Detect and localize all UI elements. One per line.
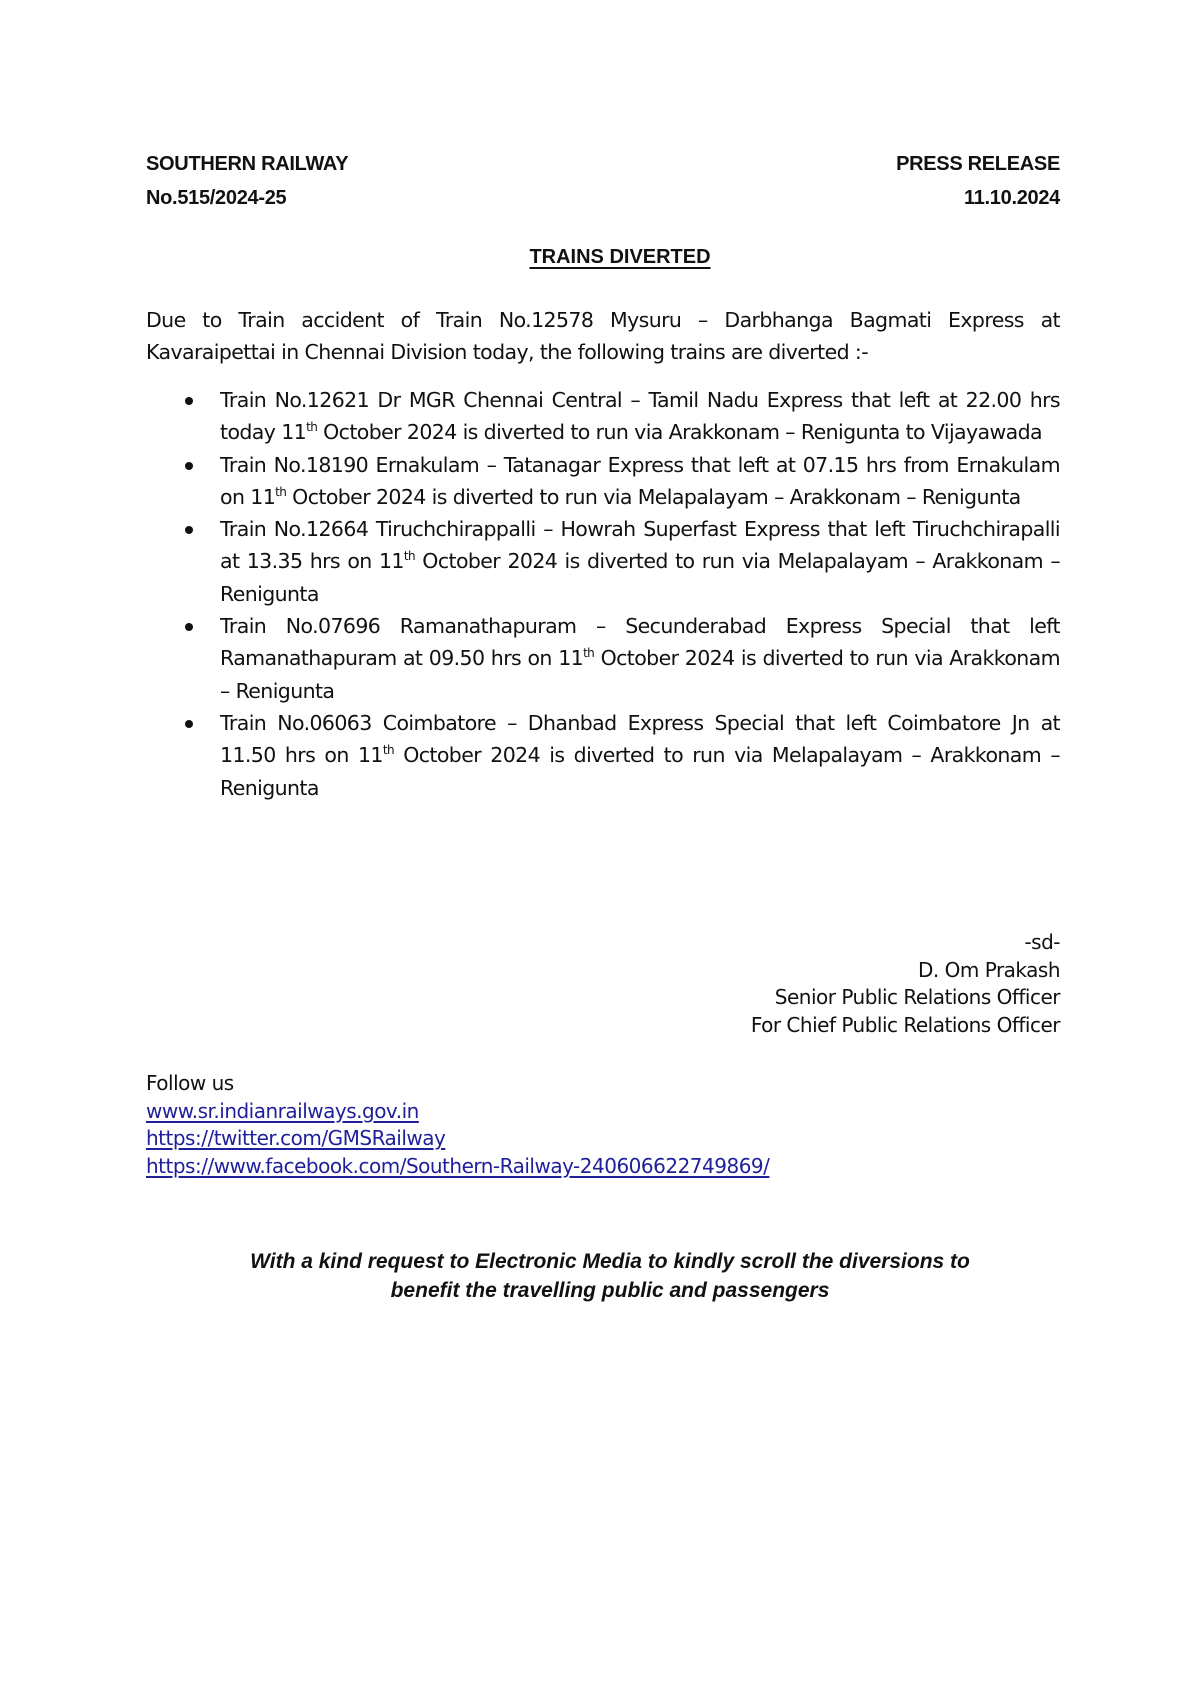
follow-us-label: Follow us xyxy=(146,1070,769,1098)
train-text-after: October 2024 is diverted to run via Mela… xyxy=(286,485,1020,509)
header-row-2: No.515/2024-25 11.10.2024 xyxy=(146,187,1060,210)
page-title: TRAINS DIVERTED xyxy=(0,246,1200,269)
press-release-page: SOUTHERN RAILWAY PRESS RELEASE No.515/20… xyxy=(0,0,1200,1697)
intro-paragraph: Due to Train accident of Train No.12578 … xyxy=(146,304,1060,368)
list-item: Train No.12664 Tiruchchirappalli – Howra… xyxy=(146,513,1060,610)
bullet-icon xyxy=(185,397,193,405)
list-item: Train No.07696 Ramanathapuram – Secunder… xyxy=(146,610,1060,707)
signatory-on-behalf: For Chief Public Relations Officer xyxy=(751,1012,1060,1040)
list-item: Train No.12621 Dr MGR Chennai Central – … xyxy=(146,384,1060,449)
signature-mark: -sd- xyxy=(751,929,1060,957)
train-text-after: October 2024 is diverted to run via Arak… xyxy=(317,420,1042,444)
twitter-link[interactable]: https://twitter.com/GMSRailway xyxy=(146,1125,769,1153)
organization-name: SOUTHERN RAILWAY xyxy=(146,153,348,176)
ordinal-suffix: th xyxy=(583,646,594,660)
ordinal-suffix: th xyxy=(404,549,415,563)
list-item: Train No.18190 Ernakulam – Tatanagar Exp… xyxy=(146,449,1060,514)
ordinal-suffix: th xyxy=(383,743,394,757)
follow-us-section: Follow us www.sr.indianrailways.gov.in h… xyxy=(146,1070,769,1180)
release-number: No.515/2024-25 xyxy=(146,187,286,210)
header-row-1: SOUTHERN RAILWAY PRESS RELEASE xyxy=(146,153,1060,176)
ordinal-suffix: th xyxy=(275,485,286,499)
bullet-icon xyxy=(185,720,193,728)
document-type: PRESS RELEASE xyxy=(896,153,1060,176)
media-request-note: With a kind request to Electronic Media … xyxy=(0,1247,1200,1305)
signatory-designation: Senior Public Relations Officer xyxy=(751,984,1060,1012)
signatory-name: D. Om Prakash xyxy=(751,957,1060,985)
website-link[interactable]: www.sr.indianrailways.gov.in xyxy=(146,1098,769,1126)
release-date: 11.10.2024 xyxy=(964,187,1060,210)
diverted-trains-list: Train No.12621 Dr MGR Chennai Central – … xyxy=(146,384,1060,804)
bullet-icon xyxy=(185,462,193,470)
media-request-line-1: With a kind request to Electronic Media … xyxy=(0,1247,1200,1276)
media-request-line-2: benefit the travelling public and passen… xyxy=(0,1276,1200,1305)
ordinal-suffix: th xyxy=(306,420,317,434)
signature-block: -sd- D. Om Prakash Senior Public Relatio… xyxy=(751,929,1060,1039)
list-item: Train No.06063 Coimbatore – Dhanbad Expr… xyxy=(146,707,1060,804)
facebook-link[interactable]: https://www.facebook.com/Southern-Railwa… xyxy=(146,1153,769,1181)
bullet-icon xyxy=(185,623,193,631)
bullet-icon xyxy=(185,526,193,534)
